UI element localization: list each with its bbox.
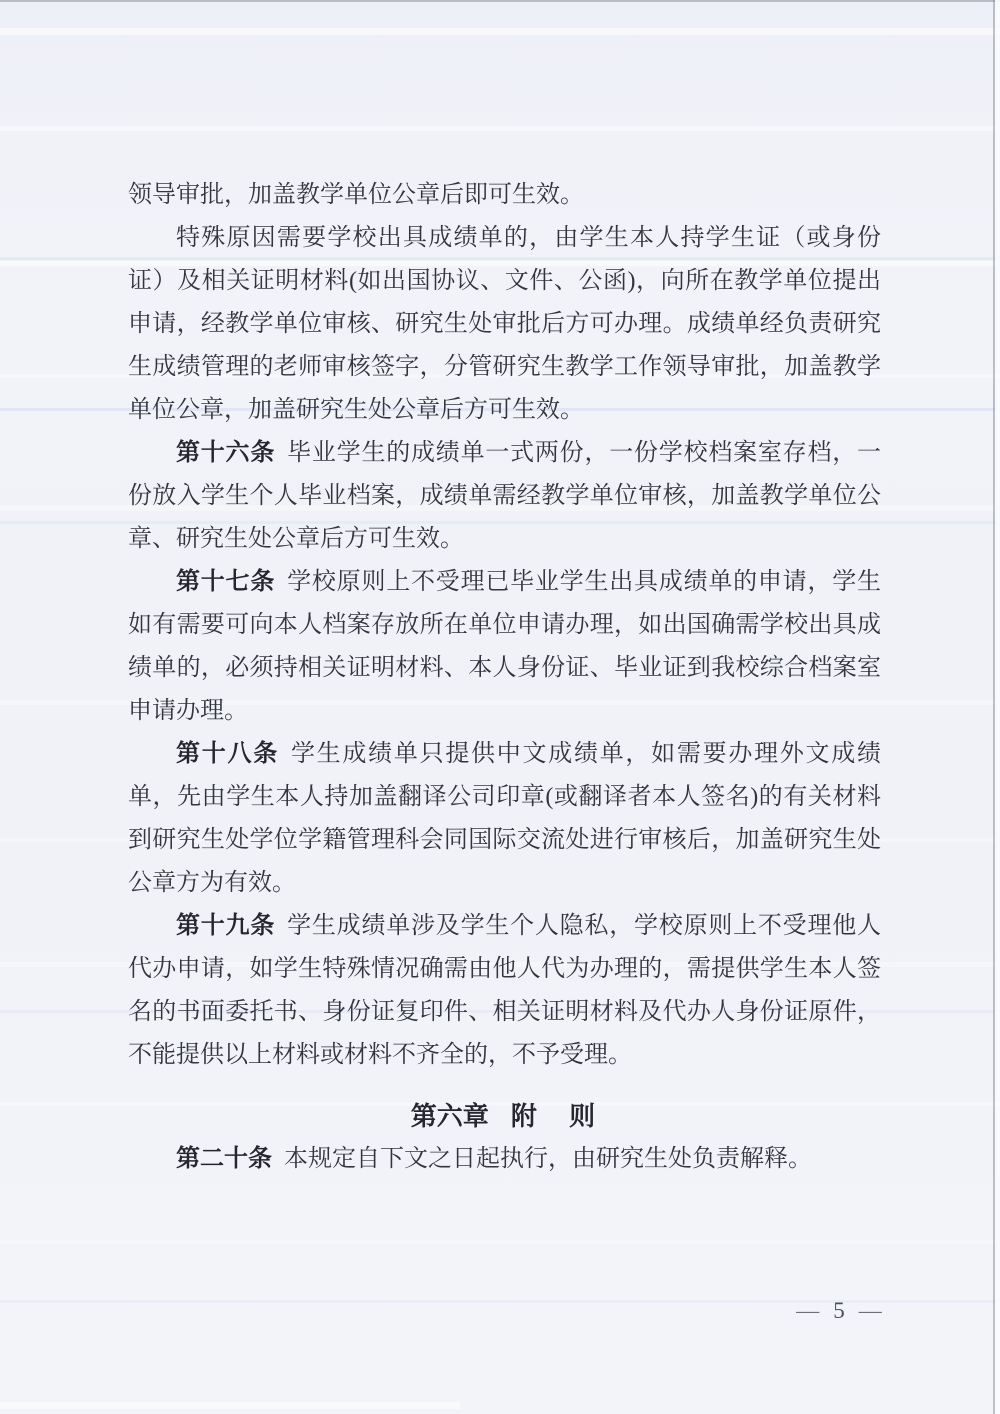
- scan-streak: [0, 1402, 460, 1409]
- chapter-title: 附 则: [511, 1102, 598, 1131]
- paragraph-continuation: 领导审批，加盖教学单位公章后即可生效。: [128, 174, 881, 217]
- article-16-label: 第十六条: [176, 440, 275, 466]
- article-17: 第十七条学校原则上不受理已毕业学生出具成绩单的申请，学生如有需要可向本人档案存放…: [128, 561, 881, 733]
- document-body: 领导审批，加盖教学单位公章后即可生效。 特殊原因需要学校出具成绩单的，由学生本人…: [128, 174, 881, 1181]
- scan-streak: [0, 1240, 1000, 1244]
- article-20: 第二十条本规定自下文之日起执行，由研究生处负责解释。: [128, 1138, 881, 1181]
- scan-streak: [0, 126, 1000, 131]
- article-18: 第十八条学生成绩单只提供中文成绩单，如需要办理外文成绩单，先由学生本人持加盖翻译…: [128, 733, 881, 905]
- article-16: 第十六条毕业学生的成绩单一式两份，一份学校档案室存档，一份放入学生个人毕业档案，…: [128, 432, 881, 561]
- article-18-label: 第十八条: [176, 741, 279, 767]
- page-number-left-dash: —: [796, 1298, 821, 1323]
- scan-streak: [0, 28, 1000, 35]
- page-number: —5—: [775, 1298, 905, 1324]
- chapter-heading: 第六章附 则: [128, 1095, 881, 1138]
- scan-right-margin: [995, 0, 1000, 1414]
- page-number-right-dash: —: [859, 1298, 884, 1323]
- article-19: 第十九条学生成绩单涉及学生个人隐私，学校原则上不受理他人代办申请，如学生特殊情况…: [128, 905, 881, 1077]
- page-number-value: 5: [833, 1298, 847, 1323]
- scan-top-edge: [0, 0, 1000, 2]
- article-17-label: 第十七条: [176, 569, 275, 595]
- paragraph-special-request: 特殊原因需要学校出具成绩单的，由学生本人持学生证（或身份证）及相关证明材料(如出…: [128, 217, 881, 432]
- document-page: 领导审批，加盖教学单位公章后即可生效。 特殊原因需要学校出具成绩单的，由学生本人…: [0, 0, 1000, 1414]
- article-20-text: 本规定自下文之日起执行，由研究生处负责解释。: [284, 1146, 812, 1172]
- scan-right-edge: [993, 0, 995, 1414]
- chapter-number: 第六章: [411, 1102, 489, 1131]
- article-19-label: 第十九条: [176, 913, 275, 939]
- article-20-label: 第二十条: [176, 1146, 272, 1172]
